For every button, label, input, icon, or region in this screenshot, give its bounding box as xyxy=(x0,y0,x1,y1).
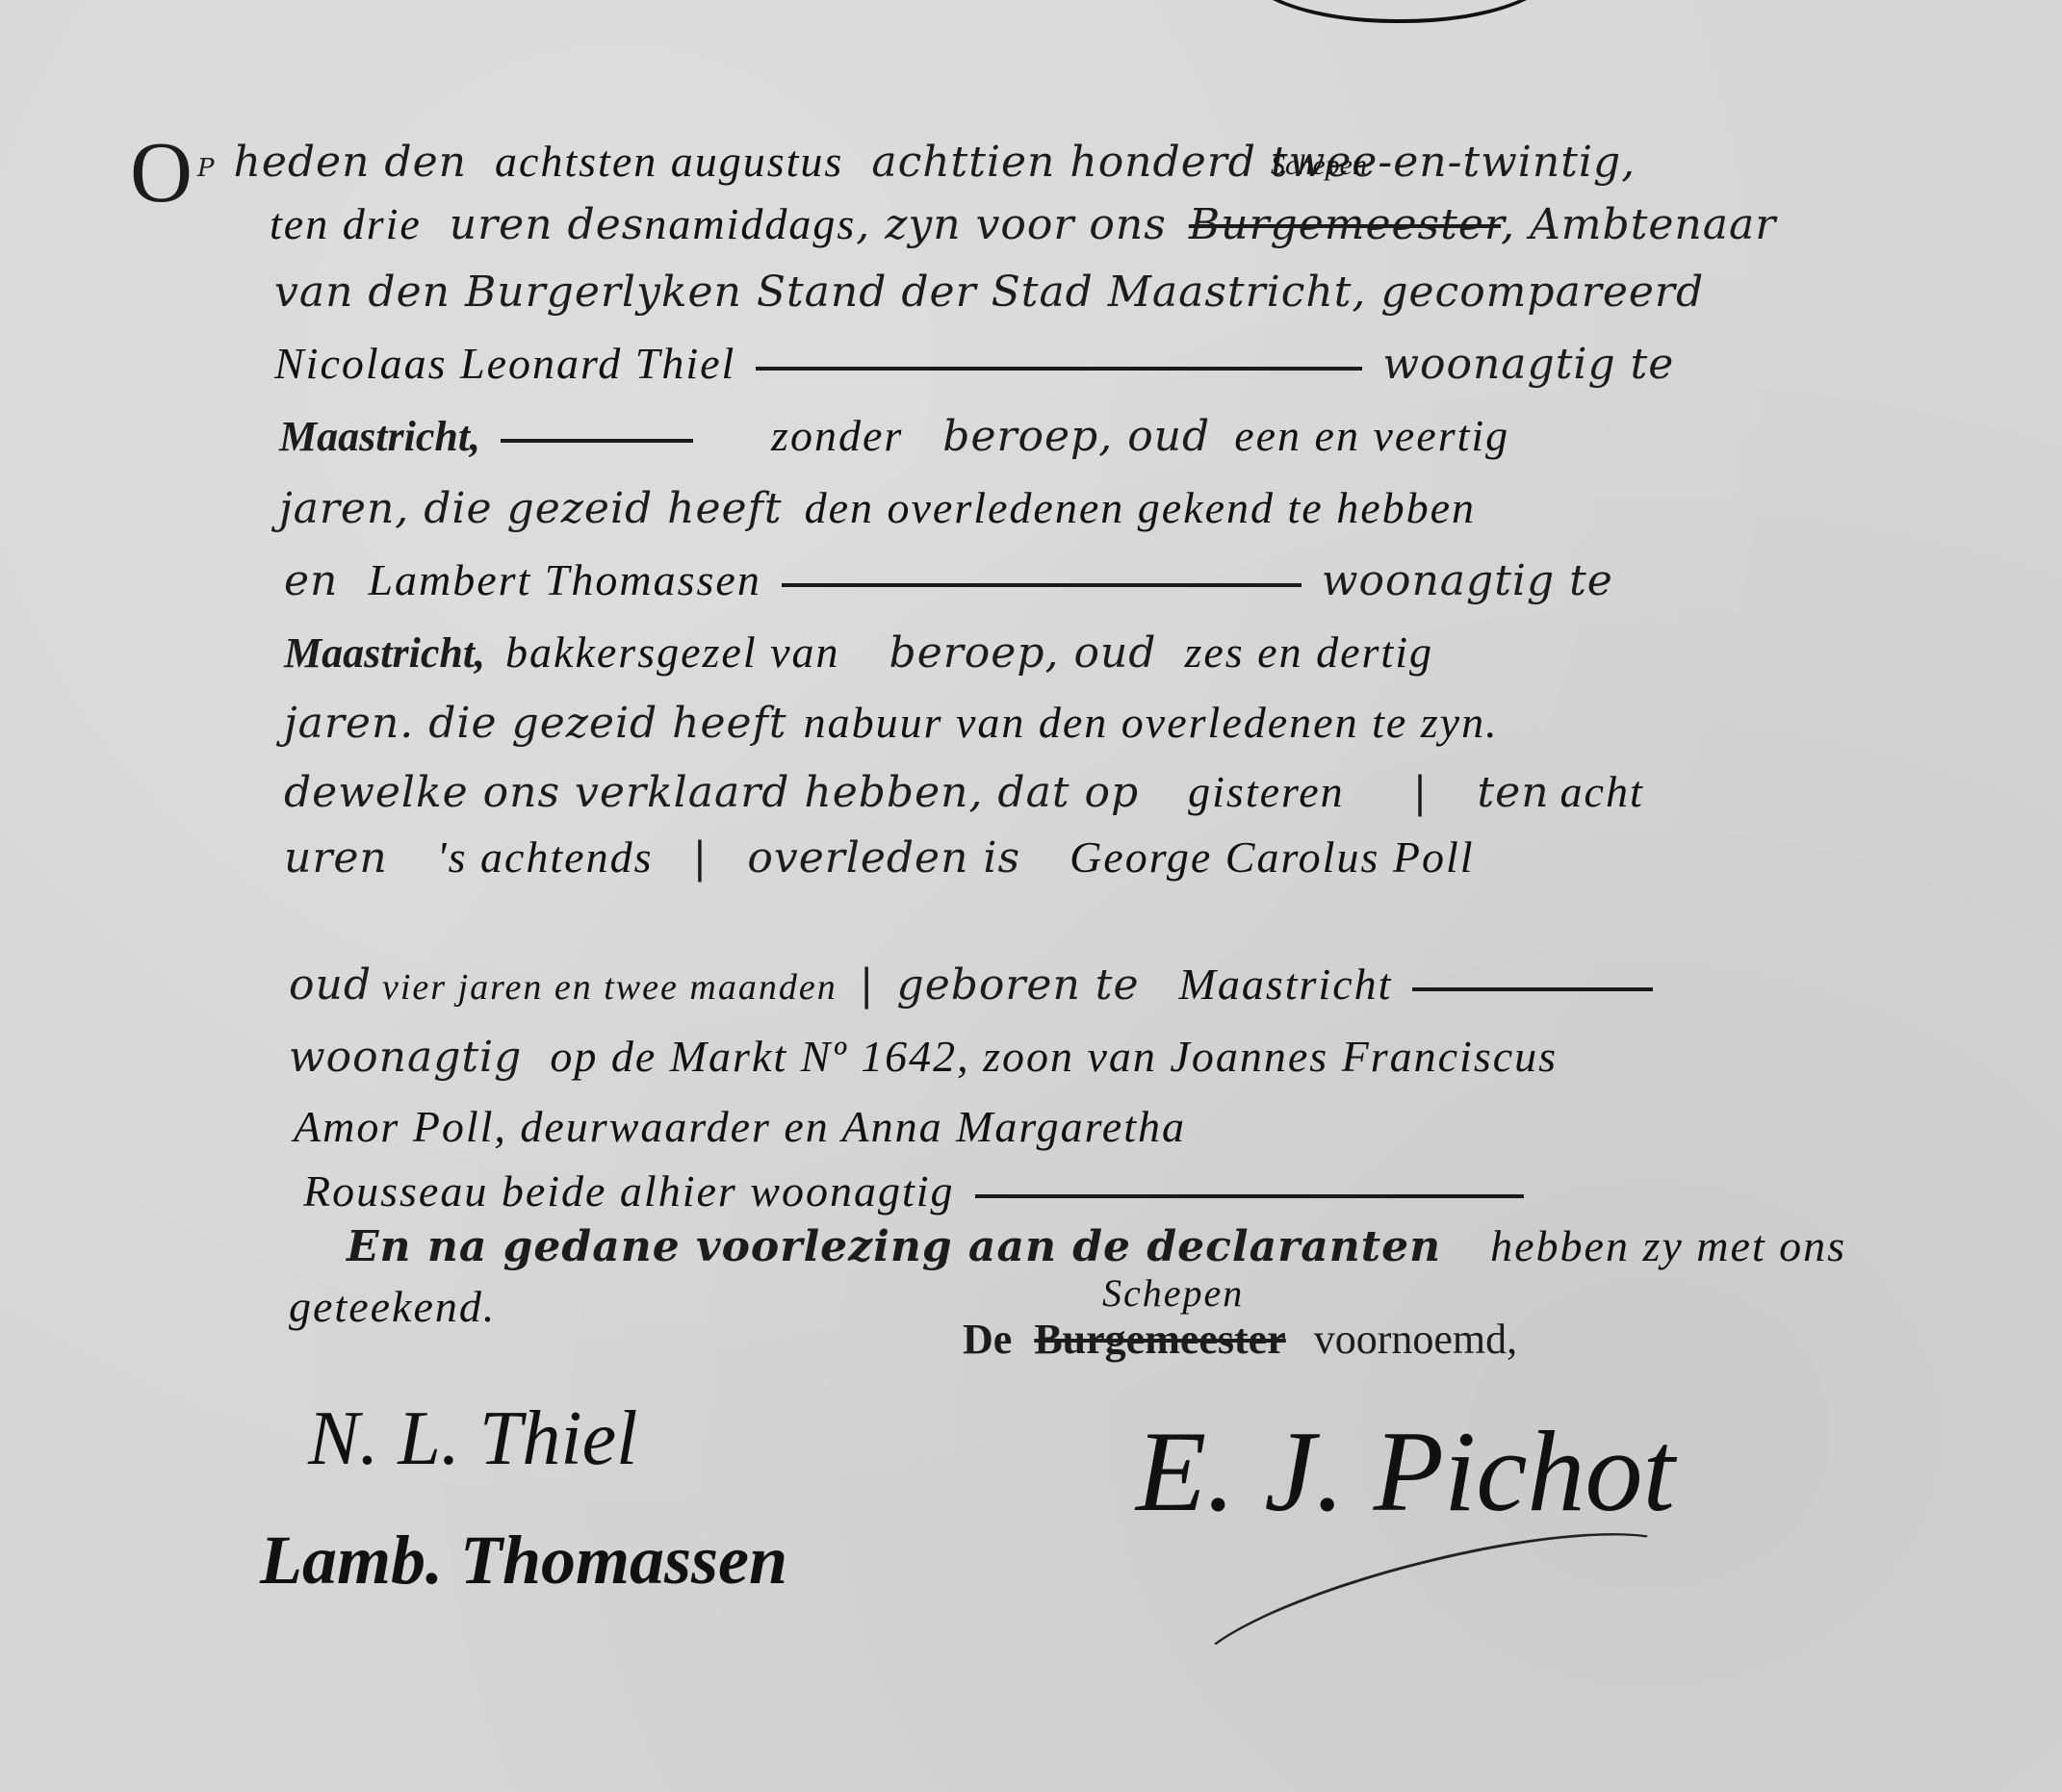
fill-rule xyxy=(1412,987,1653,991)
printed-text: heden den xyxy=(234,138,467,187)
record-line-11: uren 's achtends | overleden is George C… xyxy=(284,835,1475,880)
record-line-9: jaren. die gezeid heeft nabuur van den o… xyxy=(284,701,1499,745)
record-line-1: P Op heden den heden den achtsten august… xyxy=(197,140,1636,184)
handwritten-hour: ten drie xyxy=(270,199,422,248)
ink-flourish-top xyxy=(1242,0,1558,23)
record-line-6: jaren, die gezeid heeft den overledenen … xyxy=(279,486,1476,530)
fill-rule xyxy=(756,367,1362,371)
printed-text: beroep, oud xyxy=(942,412,1210,461)
separator: | xyxy=(1413,768,1429,817)
record-line-12: oud vier jaren en twee maanden | geboren… xyxy=(289,962,1662,1007)
printed-text: en xyxy=(284,556,338,605)
record-line-4: Nicolaas Leonard Thiel woonagtig te xyxy=(274,342,1674,386)
declarant-2-name: Lambert Thomassen xyxy=(368,555,760,604)
closing-line: De Burgemeester voornoemd, xyxy=(963,1318,1517,1361)
record-line-10: dewelke ons verklaard hebben, dat op gis… xyxy=(284,770,1644,814)
printed-text: overleden is xyxy=(747,833,1020,883)
printed-text: jaren, die gezeid heeft xyxy=(279,484,783,533)
record-line-14: Amor Poll, deurwaarder en Anna Margareth… xyxy=(294,1105,1186,1149)
father-and-mother: Amor Poll, deurwaarder en Anna Margareth… xyxy=(294,1102,1186,1151)
deceased-age: vier jaren en twee maanden xyxy=(382,967,838,1008)
printed-text: van den Burgerlyken Stand der Stad Maast… xyxy=(274,268,1704,317)
handwritten-time-of-day: 's achtends xyxy=(437,832,654,882)
printed-text: oud xyxy=(289,960,372,1010)
handwritten-hour: acht xyxy=(1560,767,1644,816)
signature-official: E. J. Pichot xyxy=(1136,1405,1675,1538)
declarant-1-name: Nicolaas Leonard Thiel xyxy=(274,339,735,388)
fill-rule xyxy=(782,583,1302,587)
printed-year: achttien honderd twee-en-twintig, xyxy=(871,138,1636,187)
drop-cap-o: O xyxy=(130,123,193,222)
handwritten-relation: nabuur van den overledenen te zyn. xyxy=(804,698,1499,747)
handwritten-signed-with: hebben zy met ons xyxy=(1490,1221,1846,1270)
handwritten-occupation: bakkersgezel van xyxy=(505,627,840,677)
handwritten-day: gisteren xyxy=(1188,767,1345,816)
printed-text: Maastricht, xyxy=(284,629,485,677)
record-line-7: en Lambert Thomassen woonagtig te xyxy=(284,558,1613,602)
record-line-2: ten drie uren desnamiddags, zyn voor ons… xyxy=(270,202,1776,246)
printed-text: woonagtig xyxy=(289,1033,522,1082)
printed-text: uren des xyxy=(450,200,645,249)
signature-declarant-2: Lamb. Thomassen xyxy=(260,1521,787,1600)
printed-text: woonagtig te xyxy=(1382,340,1674,389)
struck-title: Burgemeester xyxy=(1034,1316,1285,1363)
printed-text: dewelke ons verklaard hebben, dat op xyxy=(284,768,1139,817)
signature-declarant-1: N. L. Thiel xyxy=(308,1395,637,1483)
deceased-name: George Carolus Poll xyxy=(1070,832,1474,882)
address-and-father: op de Markt Nº 1642, zoon van Joannes Fr… xyxy=(550,1032,1558,1081)
record-line-8: Maastricht, bakkersgezel van beroep, oud… xyxy=(284,630,1433,675)
scanned-document-page: O P Op heden den heden den achtsten augu… xyxy=(0,0,2062,1792)
record-line-3: van den Burgerlyken Stand der Stad Maast… xyxy=(274,271,1704,314)
separator: | xyxy=(860,960,875,1010)
printed-text: woonagtig te xyxy=(1322,556,1613,605)
printed-text: geboren te xyxy=(897,960,1140,1010)
inserted-correction: Schepen xyxy=(1271,149,1367,182)
record-line-16: En na gedane voorlezing aan de declarant… xyxy=(347,1224,1846,1268)
printed-text: uren xyxy=(284,833,388,883)
printed-text: , zyn voor ons xyxy=(856,200,1167,249)
fill-rule xyxy=(501,439,693,443)
handwritten-occupation: zonder xyxy=(771,411,903,460)
printed-text: De xyxy=(963,1316,1012,1363)
printed-text: beroep, oud xyxy=(889,628,1157,678)
printed-text: ten xyxy=(1477,768,1549,817)
inserted-correction: Schepen xyxy=(1102,1270,1244,1316)
mother-surname-residence: Rousseau beide alhier woonagtig xyxy=(303,1166,955,1216)
handwritten-date: achtsten augustus xyxy=(495,137,843,186)
handwritten-signed: geteekend. xyxy=(289,1282,496,1331)
record-line-13: woonagtig op de Markt Nº 1642, zoon van … xyxy=(289,1035,1558,1079)
struck-title: Burgemeester xyxy=(1189,200,1501,249)
handwritten-time-of-day: namiddags xyxy=(644,199,856,248)
record-line-15: Rousseau beide alhier woonagtig xyxy=(303,1169,1534,1214)
fill-rule xyxy=(975,1194,1524,1198)
printed-text: jaren. die gezeid heeft xyxy=(284,699,787,748)
handwritten-age: zes en dertig xyxy=(1184,627,1433,677)
handwritten-relation: den overledenen gekend te hebben xyxy=(805,483,1476,532)
birthplace: Maastricht xyxy=(1179,960,1393,1009)
record-line-17: geteekend. xyxy=(289,1285,496,1329)
printed-text: Maastricht, xyxy=(279,413,480,460)
printed-text: voornoemd, xyxy=(1314,1316,1517,1363)
separator: | xyxy=(693,833,709,883)
printed-text: En na gedane voorlezing aan de declarant… xyxy=(347,1222,1441,1271)
handwritten-age: een en veertig xyxy=(1234,411,1509,460)
printed-text: , Ambtenaar xyxy=(1501,200,1776,249)
record-line-5: Maastricht, zonder beroep, oud een en ve… xyxy=(279,414,1509,458)
printed-text: P xyxy=(197,154,216,183)
